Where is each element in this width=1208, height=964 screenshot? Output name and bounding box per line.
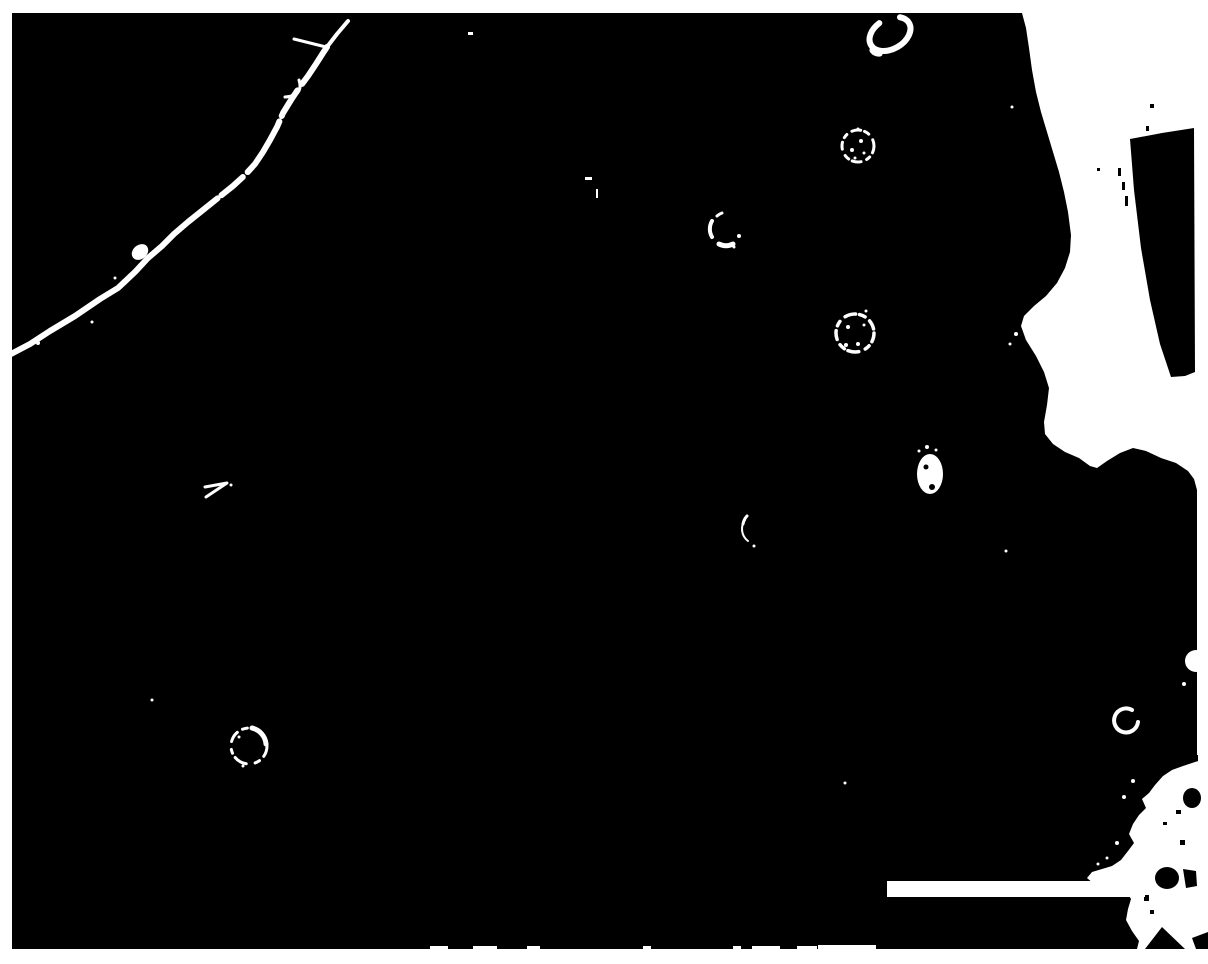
dark-speck bbox=[1176, 810, 1181, 814]
bright-speck bbox=[1122, 795, 1126, 799]
fiber-speck bbox=[91, 321, 94, 324]
bottom-nick bbox=[752, 946, 780, 950]
micrograph-figure bbox=[0, 0, 1208, 964]
bright-speck bbox=[1131, 779, 1135, 783]
speck-top-middle bbox=[468, 32, 473, 35]
bright-particle-fringe bbox=[925, 445, 929, 449]
bottom-nick bbox=[430, 946, 448, 950]
pore-speck bbox=[859, 139, 863, 143]
bottom-nick bbox=[797, 946, 817, 950]
bright-speck bbox=[1014, 332, 1018, 336]
bottom-nick bbox=[733, 946, 741, 949]
pore-crescent-left bbox=[710, 221, 712, 237]
pore-speck bbox=[238, 736, 241, 739]
pore-speck bbox=[737, 234, 741, 238]
pore-speck bbox=[854, 157, 857, 160]
dark-speck bbox=[1125, 196, 1128, 206]
bright-speck bbox=[1106, 857, 1109, 860]
dark-speck bbox=[1180, 840, 1185, 845]
bright-particle-fringe bbox=[918, 450, 921, 453]
scale-bar bbox=[887, 881, 1145, 897]
bottom-blob-hole bbox=[1183, 788, 1201, 808]
dark-speck bbox=[1118, 168, 1121, 176]
bright-speck bbox=[1134, 917, 1137, 920]
pore-speck bbox=[242, 765, 245, 768]
fiber-speck bbox=[36, 341, 40, 345]
bright-dot-right-edge bbox=[1185, 650, 1207, 672]
pore-speck bbox=[863, 324, 866, 327]
pore-speck bbox=[857, 128, 860, 131]
bright-particle-hole bbox=[924, 465, 929, 470]
speck-center-b bbox=[596, 189, 598, 198]
dark-speck bbox=[1122, 182, 1125, 190]
bottom-nick bbox=[473, 946, 497, 950]
dark-speck bbox=[1097, 168, 1100, 171]
bottom-nick bbox=[643, 946, 651, 949]
bright-speck bbox=[1115, 841, 1119, 845]
dark-speck bbox=[1150, 104, 1154, 108]
pore-crescent-bottom bbox=[719, 244, 733, 246]
pore-speck bbox=[844, 343, 848, 347]
dark-speck bbox=[1150, 910, 1154, 914]
dark-speck bbox=[1163, 822, 1167, 825]
pore-speck bbox=[733, 246, 736, 249]
pore-speck bbox=[856, 342, 860, 346]
bright-particle-fringe bbox=[935, 449, 938, 452]
speck-center-a bbox=[585, 177, 592, 180]
bright-particle-hole bbox=[929, 484, 935, 490]
bright-speck bbox=[1097, 863, 1100, 866]
bottom-blob-hole bbox=[1155, 867, 1179, 889]
fiber-speck bbox=[114, 277, 117, 280]
speck-mid-right bbox=[1005, 550, 1008, 553]
pore-speck bbox=[863, 152, 866, 155]
pore-speck bbox=[850, 148, 854, 152]
surface-arrow-dot bbox=[230, 484, 233, 487]
image-frame bbox=[12, 13, 1198, 949]
pore-speck bbox=[753, 545, 756, 548]
bright-speck bbox=[1141, 905, 1145, 909]
bottom-streak bbox=[818, 945, 876, 949]
dark-speck bbox=[1146, 126, 1149, 131]
bright-speck bbox=[1011, 106, 1014, 109]
bright-speck bbox=[1135, 825, 1138, 828]
pore-speck bbox=[846, 325, 850, 329]
bright-speck bbox=[1009, 343, 1012, 346]
micrograph-image bbox=[0, 0, 1208, 964]
speck-left-low bbox=[151, 699, 154, 702]
bright-dot-tail bbox=[1182, 682, 1186, 686]
speck-low-mid bbox=[844, 782, 847, 785]
bottom-nick bbox=[527, 946, 540, 950]
pore-speck bbox=[865, 310, 868, 313]
